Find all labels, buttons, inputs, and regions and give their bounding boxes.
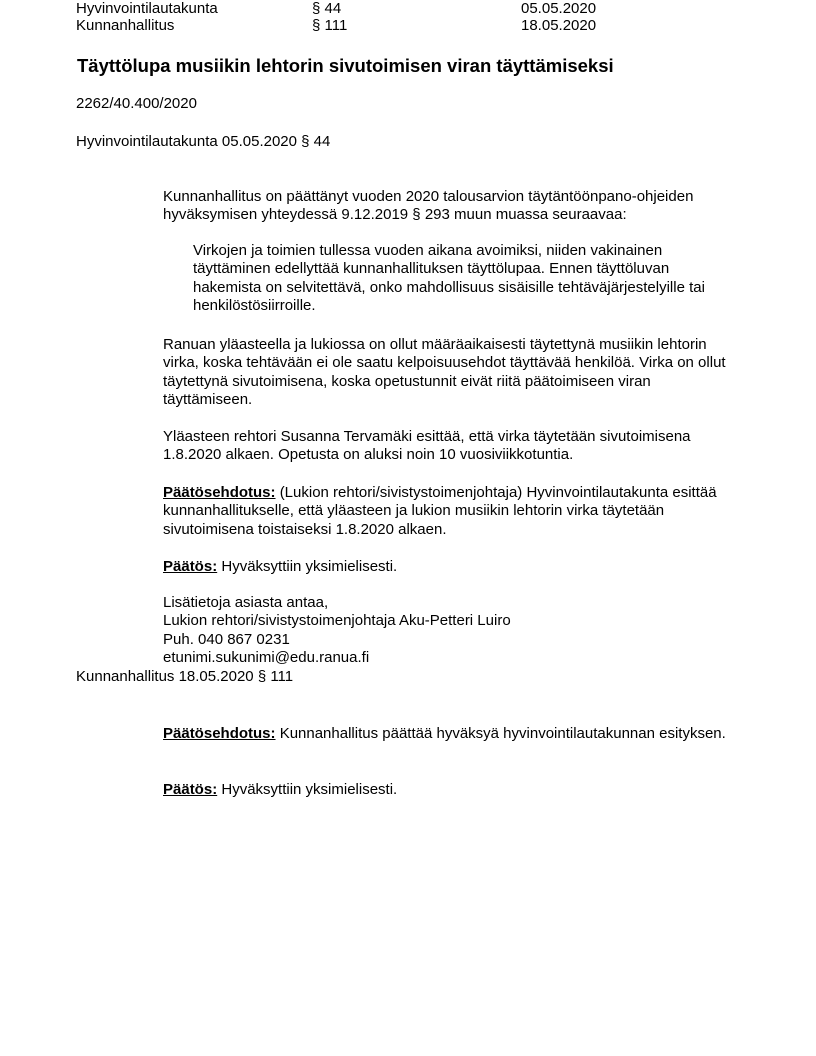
header-row-welfare-board: Hyvinvointilautakunta § 44 05.05.2020 <box>76 0 636 18</box>
header-section: § 44 <box>312 0 341 18</box>
decision-proposal-text: Kunnanhallitus päättää hyväksyä hyvinvoi… <box>280 725 726 742</box>
document-title: Täyttölupa musiikin lehtorin sivutoimise… <box>77 55 614 77</box>
intro-paragraph: Kunnanhallitus on päättänyt vuoden 2020 … <box>163 188 738 225</box>
decision-label: Päätös: <box>163 558 217 575</box>
header-section: § 111 <box>312 17 347 35</box>
quoted-guideline: Virkojen ja toimien tullessa vuoden aika… <box>193 242 713 316</box>
header-date: 18.05.2020 <box>521 17 596 35</box>
decision-text: Hyväksyttiin yksimielisesti. <box>221 781 397 798</box>
decision-label: Päätös: <box>163 781 217 798</box>
decision-proposal-label: Päätösehdotus: <box>163 725 276 742</box>
intro-text: Kunnanhallitus on päättänyt vuoden 2020 … <box>163 188 738 225</box>
contact-intro: Lisätietoja asiasta antaa, <box>163 594 511 612</box>
contact-info: Lisätietoja asiasta antaa, Lukion rehtor… <box>163 594 511 668</box>
section-heading-welfare-board: Hyvinvointilautakunta 05.05.2020 § 44 <box>76 133 330 151</box>
contact-person: Lukion rehtori/sivistystoimenjohtaja Aku… <box>163 612 511 630</box>
decision-paragraph: Päätös: Hyväksyttiin yksimielisesti. <box>163 558 738 576</box>
quote-text: Virkojen ja toimien tullessa vuoden aika… <box>193 242 713 316</box>
decision-proposal-paragraph: Päätösehdotus: Kunnanhallitus päättää hy… <box>163 725 738 743</box>
diary-number: 2262/40.400/2020 <box>76 95 197 113</box>
section-heading-municipal-board: Kunnanhallitus 18.05.2020 § 111 <box>76 668 293 686</box>
principal-proposal-paragraph: Yläasteen rehtori Susanna Tervamäki esit… <box>163 428 738 465</box>
decision-text: Hyväksyttiin yksimielisesti. <box>221 558 397 575</box>
header-body: Hyvinvointilautakunta <box>76 0 218 18</box>
principal-proposal-text: Yläasteen rehtori Susanna Tervamäki esit… <box>163 428 738 465</box>
decision-paragraph: Päätös: Hyväksyttiin yksimielisesti. <box>163 781 738 799</box>
contact-phone: Puh. 040 867 0231 <box>163 631 511 649</box>
header-body: Kunnanhallitus <box>76 17 174 35</box>
header-row-municipal-board: Kunnanhallitus § 111 18.05.2020 <box>76 17 636 35</box>
decision-proposal-label: Päätösehdotus: <box>163 484 276 501</box>
background-paragraph: Ranuan yläasteella ja lukiossa on ollut … <box>163 336 738 410</box>
background-text: Ranuan yläasteella ja lukiossa on ollut … <box>163 336 738 410</box>
contact-email: etunimi.sukunimi@edu.ranua.fi <box>163 649 511 667</box>
header-date: 05.05.2020 <box>521 0 596 18</box>
decision-proposal-paragraph: Päätösehdotus: (Lukion rehtori/sivistyst… <box>163 484 738 539</box>
